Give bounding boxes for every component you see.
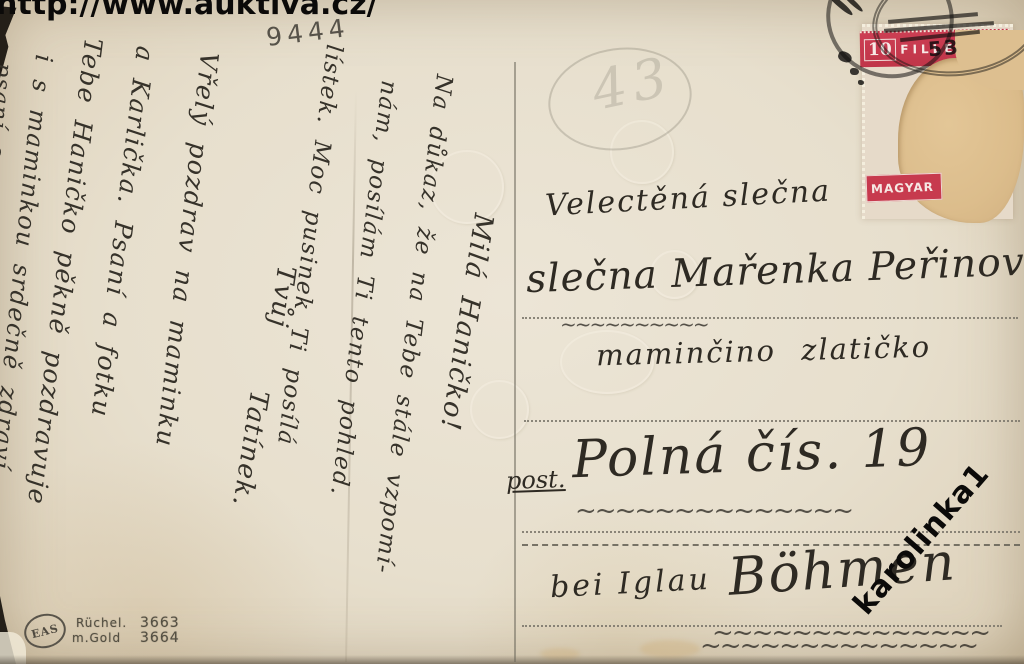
ink-smudge [850,68,859,75]
address-salutation: Velectěná slečna [544,174,832,224]
stamp-bottom-band: MAGYAR [866,173,943,203]
address-town: Polná čís. 19 [571,418,932,491]
postcard-scan: Velectěná slečna slečna Mařenka Peřinová… [0,0,1024,664]
message-line: lístek. Moc pusinek Ti posílá [272,43,347,447]
publisher-line2-number: 3664 [140,630,180,646]
publisher-logo: EAS [21,609,70,652]
address-divider-line [514,62,516,662]
wavy-underline-region-2: ~~~~~~~~~~~~~~ [700,631,977,661]
address-region-prefix: bei Iglau [549,562,712,605]
ink-smudge [858,80,864,85]
address-name: slečna Mařenka Peřinová [525,239,1024,302]
publisher-line1-label: Rüchel. [76,616,127,630]
publisher-line2-label: m.Gold [72,631,121,645]
emboss-ornament [470,380,529,439]
address-endearment: maminčino zlatičko [596,330,932,373]
wavy-underline-name: ~~~~~~~~~~ [560,312,708,336]
message-line: Vřelý pozdrav na maminku [150,51,224,449]
publisher-logo-text: EAS [30,621,60,640]
auction-site-watermark: http://www.auktiva.cz/ [0,0,378,22]
publisher-line1-number: 3663 [140,615,180,631]
address-post-label: post. [506,465,566,495]
message-signature: Tatínek. [226,388,274,509]
postmark-digits: 53 [927,35,961,62]
stamp-country-label: MAGYAR [867,179,934,195]
address-rule-2 [524,420,1020,422]
